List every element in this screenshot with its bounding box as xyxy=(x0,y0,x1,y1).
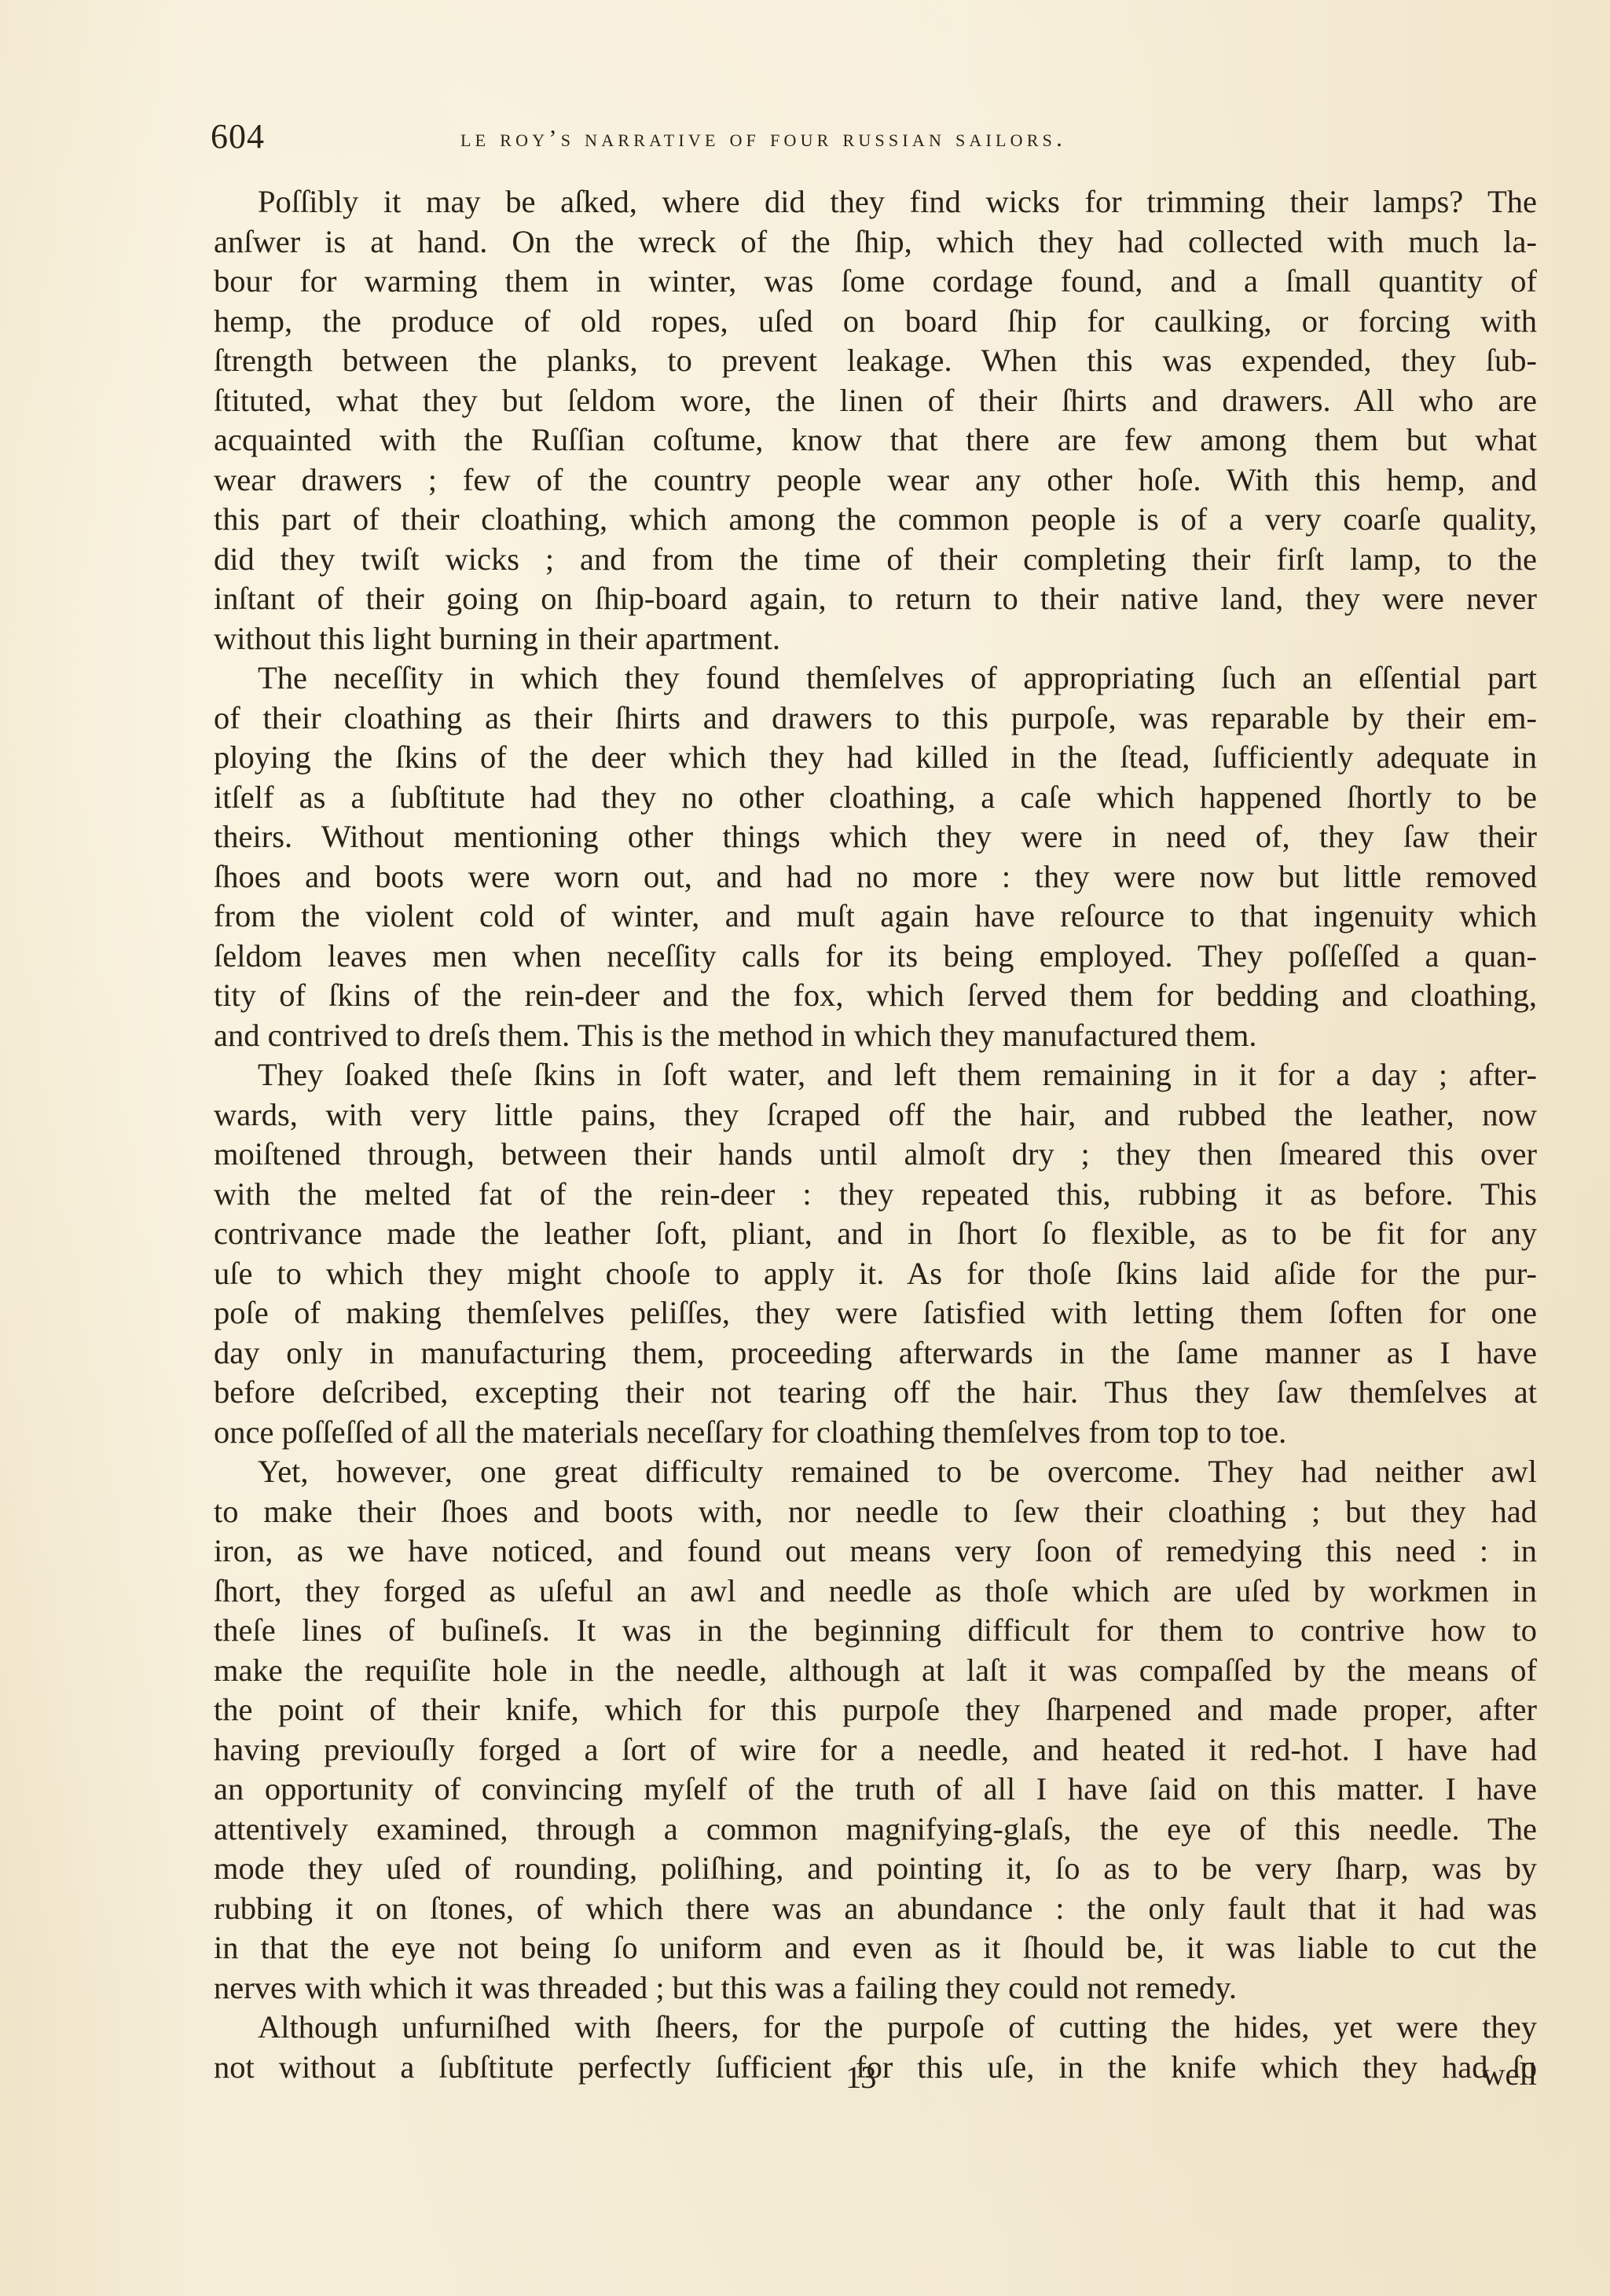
text-line: theſe lines of buſineſs. It was in the b… xyxy=(214,1611,1537,1651)
text-line: with the melted fat of the rein-deer : t… xyxy=(214,1175,1537,1215)
text-line: contrivance made the leather ſoft, plian… xyxy=(214,1214,1537,1254)
text-line: this part of their cloathing, which amon… xyxy=(214,500,1537,540)
text-line: ploying the ſkins of the deer which they… xyxy=(214,738,1537,778)
text-line: in that the eye not being ſo uniform and… xyxy=(214,1928,1537,1968)
text-line: bour for warming them in winter, was ſom… xyxy=(214,262,1537,302)
text-line: Yet, however, one great difficulty remai… xyxy=(214,1452,1537,1492)
text-line: theirs. Without mentioning other things … xyxy=(214,817,1537,857)
text-line: ſhort, they forged as uſeful an awl and … xyxy=(214,1572,1537,1612)
text-line: tity of ſkins of the rein-deer and the f… xyxy=(214,976,1537,1016)
text-line: itſelf as a ſubſtitute had they no other… xyxy=(214,778,1537,818)
text-line: nerves with which it was threaded ; but … xyxy=(214,1968,1537,2008)
text-line: mode they uſed of rounding, poliſhing, a… xyxy=(214,1849,1537,1889)
text-line: and contrived to dreſs them. This is the… xyxy=(214,1016,1537,1056)
text-line: ſhoes and boots were worn out, and had n… xyxy=(214,857,1537,897)
text-line: iron, as we have noticed, and found out … xyxy=(214,1531,1537,1572)
running-head: 604 LE ROY’S NARRATIVE OF FOUR RUSSIAN S… xyxy=(211,115,1538,159)
text-line: ſtituted, what they but ſeldom wore, the… xyxy=(214,381,1537,421)
text-line: having previouſly forged a ſort of wire … xyxy=(214,1730,1537,1770)
text-line: an opportunity of convincing myſelf of t… xyxy=(214,1770,1537,1810)
paragraph: Yet, however, one great difficulty remai… xyxy=(214,1452,1537,2008)
text-line: Poſſibly it may be aſked, where did they… xyxy=(214,182,1537,222)
catchword: well xyxy=(1482,2054,1537,2095)
page-footer: 13 well xyxy=(214,2054,1537,2095)
text-line: Although unfurniſhed with ſheers, for th… xyxy=(214,2008,1537,2048)
text-line: hemp, the produce of old ropes, uſed on … xyxy=(214,302,1537,342)
text-line: from the violent cold of winter, and muſ… xyxy=(214,897,1537,937)
text-line: wards, with very little pains, they ſcra… xyxy=(214,1095,1537,1135)
text-line: The neceſſity in which they found themſe… xyxy=(214,658,1537,699)
text-line: ſeldom leaves men when neceſſity calls f… xyxy=(214,937,1537,977)
paragraph: Poſſibly it may be aſked, where did they… xyxy=(214,182,1537,658)
text-line: day only in manufacturing them, proceedi… xyxy=(214,1333,1537,1374)
text-line: did they twiſt wicks ; and from the time… xyxy=(214,540,1537,580)
text-line: to make their ſhoes and boots with, nor … xyxy=(214,1492,1537,1532)
text-line: inſtant of their going on ſhip-board aga… xyxy=(214,579,1537,619)
text-line: without this light burning in their apar… xyxy=(214,619,1537,659)
text-line: uſe to which they might chooſe to apply … xyxy=(214,1254,1537,1294)
text-line: ſtrength between the planks, to prevent … xyxy=(214,341,1537,381)
page-number: 604 xyxy=(211,115,265,159)
signature-mark: 13 xyxy=(845,2057,876,2098)
text-line: of their cloathing as their ſhirts and d… xyxy=(214,699,1537,739)
text-line: moiſtened through, between their hands u… xyxy=(214,1135,1537,1175)
text-line: acquainted with the Ruſſian coſtume, kno… xyxy=(214,420,1537,460)
text-line: They ſoaked theſe ſkins in ſoft water, a… xyxy=(214,1055,1537,1095)
text-line: wear drawers ; few of the country people… xyxy=(214,460,1537,501)
body-text: Poſſibly it may be aſked, where did they… xyxy=(214,182,1537,2087)
text-line: the point of their knife, which for this… xyxy=(214,1690,1537,1730)
text-line: rubbing it on ſtones, of which there was… xyxy=(214,1889,1537,1929)
running-title: LE ROY’S NARRATIVE OF FOUR RUSSIAN SAILO… xyxy=(460,118,1066,159)
text-line: anſwer is at hand. On the wreck of the ſ… xyxy=(214,222,1537,262)
text-line: before deſcribed, excepting their not te… xyxy=(214,1373,1537,1413)
text-line: attentively examined, through a common m… xyxy=(214,1810,1537,1850)
book-page: 604 LE ROY’S NARRATIVE OF FOUR RUSSIAN S… xyxy=(0,0,1610,2296)
text-line: poſe of making themſelves peliſſes, they… xyxy=(214,1293,1537,1333)
paragraph: The neceſſity in which they found themſe… xyxy=(214,658,1537,1055)
text-line: once poſſeſſed of all the materials nece… xyxy=(214,1413,1537,1453)
paragraph: They ſoaked theſe ſkins in ſoft water, a… xyxy=(214,1055,1537,1452)
text-line: make the requiſite hole in the needle, a… xyxy=(214,1651,1537,1691)
